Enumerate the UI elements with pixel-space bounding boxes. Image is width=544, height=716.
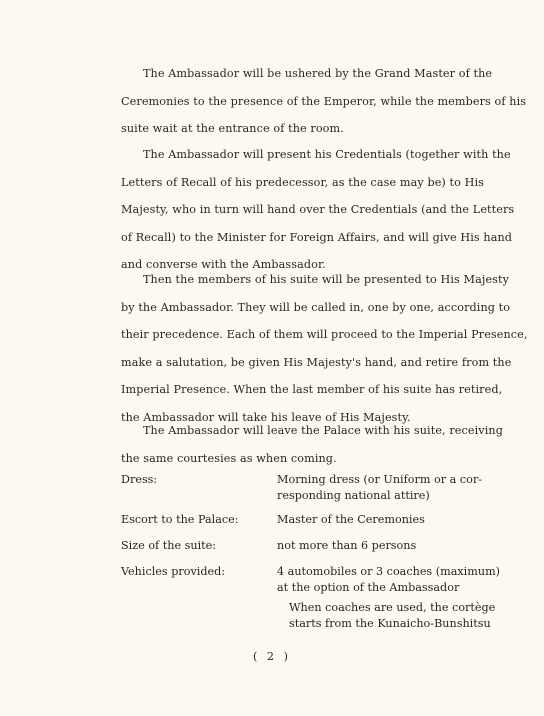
- detail-value-line: Master of the Ceremonies: [277, 512, 477, 528]
- text-line: their precedence. Each of them will proc…: [121, 321, 477, 349]
- note-line: starts from the Kunaicho-Bunshitsu: [289, 616, 477, 632]
- detail-value-line: 4 automobiles or 3 coaches (maximum): [277, 564, 477, 580]
- detail-value: Master of the Ceremonies: [277, 512, 477, 528]
- text-line: by the Ambassador. They will be called i…: [121, 294, 477, 322]
- detail-value-line: not more than 6 persons: [277, 538, 477, 554]
- detail-value-line: at the option of the Ambassador: [277, 580, 477, 596]
- detail-label: Size of the suite:: [121, 538, 216, 554]
- detail-label: Dress:: [121, 472, 157, 488]
- text-line: Then the members of his suite will be pr…: [121, 266, 477, 294]
- text-line: The Ambassador will present his Credenti…: [121, 141, 477, 169]
- text-line: Imperial Presence. When the last member …: [121, 376, 477, 404]
- detail-label: Escort to the Palace:: [121, 512, 239, 528]
- text-line: Majesty, who in turn will hand over the …: [121, 196, 477, 224]
- text-line: The Ambassador will leave the Palace wit…: [121, 417, 477, 445]
- text-line: the same courtesies as when coming.: [121, 445, 477, 473]
- page-number: ( 2 ): [0, 650, 544, 663]
- detail-label: Vehicles provided:: [121, 564, 225, 580]
- paragraph-ushered: The Ambassador will be ushered by the Gr…: [121, 60, 477, 143]
- paragraph-suite-presentation: Then the members of his suite will be pr…: [121, 266, 477, 432]
- paragraph-credentials: The Ambassador will present his Credenti…: [121, 141, 477, 279]
- paragraph-leave-palace: The Ambassador will leave the Palace wit…: [121, 417, 477, 472]
- text-line: of Recall) to the Minister for Foreign A…: [121, 224, 477, 252]
- text-line: suite wait at the entrance of the room.: [121, 115, 477, 143]
- document-page: The Ambassador will be ushered by the Gr…: [0, 0, 544, 716]
- text-line: Ceremonies to the presence of the Empero…: [121, 88, 477, 116]
- text-line: make a salutation, be given His Majesty'…: [121, 349, 477, 377]
- detail-value-line: Morning dress (or Uniform or a cor-: [277, 472, 477, 488]
- coaches-note: When coaches are used, the cortège start…: [289, 600, 477, 632]
- detail-value: Morning dress (or Uniform or a cor- resp…: [277, 472, 477, 504]
- note-line: When coaches are used, the cortège: [289, 600, 477, 616]
- text-line: Letters of Recall of his predecessor, as…: [121, 169, 477, 197]
- detail-value: not more than 6 persons: [277, 538, 477, 554]
- detail-value: 4 automobiles or 3 coaches (maximum) at …: [277, 564, 477, 596]
- detail-value-line: responding national attire): [277, 488, 477, 504]
- text-line: The Ambassador will be ushered by the Gr…: [121, 60, 477, 88]
